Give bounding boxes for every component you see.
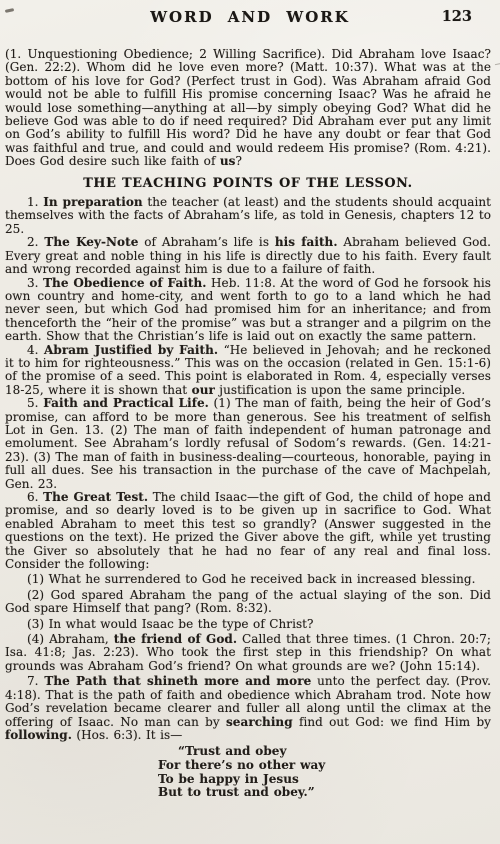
- page-number: 123: [442, 8, 472, 25]
- intro-container: (1. Unquestioning Obedience; 2 Willing S…: [5, 48, 491, 169]
- text-run: (2) God spared Abraham the pang of the a…: [5, 588, 491, 615]
- text-run: (4) Abraham,: [27, 632, 114, 646]
- bold-text-run: Faith and Practical Life.: [43, 396, 209, 410]
- journal-title: WORD AND WORK: [0, 8, 500, 26]
- sub-question-4: (4) Abraham, the friend of God. Called t…: [5, 633, 491, 673]
- bold-text-run: searching: [226, 715, 293, 729]
- poem-line: But to trust and obey.”: [158, 786, 491, 800]
- text-run: ?: [236, 154, 242, 168]
- text-run: 1.: [27, 195, 43, 209]
- sub-question-3: (3) In what would Isaac be the type of C…: [5, 618, 491, 631]
- section-heading: THE TEACHING POINTS OF THE LESSON.: [5, 177, 491, 190]
- bold-text-run: the friend of God.: [114, 632, 237, 646]
- text-run: justification is upon the same principle…: [215, 383, 465, 397]
- lesson-point-5: 5. Faith and Practical Life. (1) The man…: [5, 397, 491, 491]
- text-run: 6.: [27, 490, 43, 504]
- bold-text-run: The Path that shineth more and more: [44, 674, 311, 688]
- lesson-point-6: 6. The Great Test. The child Isaac—the g…: [5, 491, 491, 571]
- text-run: 2.: [27, 235, 44, 249]
- paragraphs-container: 1. In preparation the teacher (at least)…: [5, 196, 491, 742]
- sub-question-2: (2) God spared Abraham the pang of the a…: [5, 589, 491, 616]
- poem-line: “Trust and obey: [158, 745, 491, 759]
- text-run: (3) In what would Isaac be the type of C…: [27, 617, 314, 631]
- text-run: 4.: [27, 343, 44, 357]
- bold-text-run: In preparation: [43, 195, 142, 209]
- bold-text-run: following.: [5, 728, 72, 742]
- lesson-point-2: 2. The Key-Note of Abraham’s life is his…: [5, 236, 491, 276]
- lesson-point-3: 3. The Obedience of Faith. Heb. 11:8. At…: [5, 277, 491, 344]
- text-run: 7.: [27, 674, 44, 688]
- intro-questions-paragraph: (1. Unquestioning Obedience; 2 Willing S…: [5, 48, 491, 169]
- bold-text-run: The Great Test.: [43, 490, 148, 504]
- text-run: 3.: [27, 276, 43, 290]
- text-run: 5.: [27, 396, 43, 410]
- text-run: find out God: we find Him by: [293, 715, 491, 729]
- text-run: (1) What he surrendered to God he receiv…: [27, 572, 475, 586]
- bold-text-run: The Key-Note: [44, 235, 138, 249]
- bold-text-run: us: [220, 154, 236, 168]
- text-run: (Hos. 6:3). It is—: [72, 728, 182, 742]
- poem: “Trust and obeyFor there’s no other wayT…: [158, 745, 491, 799]
- poem-line: For there’s no other way: [158, 759, 491, 773]
- text-run: (1) The man of faith, being the heir of …: [5, 396, 491, 490]
- bold-text-run: his faith.: [275, 235, 338, 249]
- poem-line: To be happy in Jesus: [158, 773, 491, 787]
- scanned-page: WORD AND WORK 123 (1. Unquestioning Obed…: [0, 0, 500, 844]
- bold-text-run: Abram Justified by Faith.: [44, 343, 218, 357]
- lesson-point-1: 1. In preparation the teacher (at least)…: [5, 196, 491, 236]
- lesson-point-4: 4. Abram Justified by Faith. “He believe…: [5, 344, 491, 398]
- bold-text-run: our: [192, 383, 215, 397]
- lesson-point-7: 7. The Path that shineth more and more u…: [5, 675, 491, 742]
- sub-question-1: (1) What he surrendered to God he receiv…: [5, 573, 491, 586]
- masthead: WORD AND WORK 123: [0, 0, 500, 34]
- article-body: (1. Unquestioning Obedience; 2 Willing S…: [0, 34, 500, 800]
- text-run: (1. Unquestioning Obedience; 2 Willing S…: [5, 47, 491, 168]
- bold-text-run: The Obedience of Faith.: [43, 276, 206, 290]
- text-run: of Abraham’s life is: [138, 235, 275, 249]
